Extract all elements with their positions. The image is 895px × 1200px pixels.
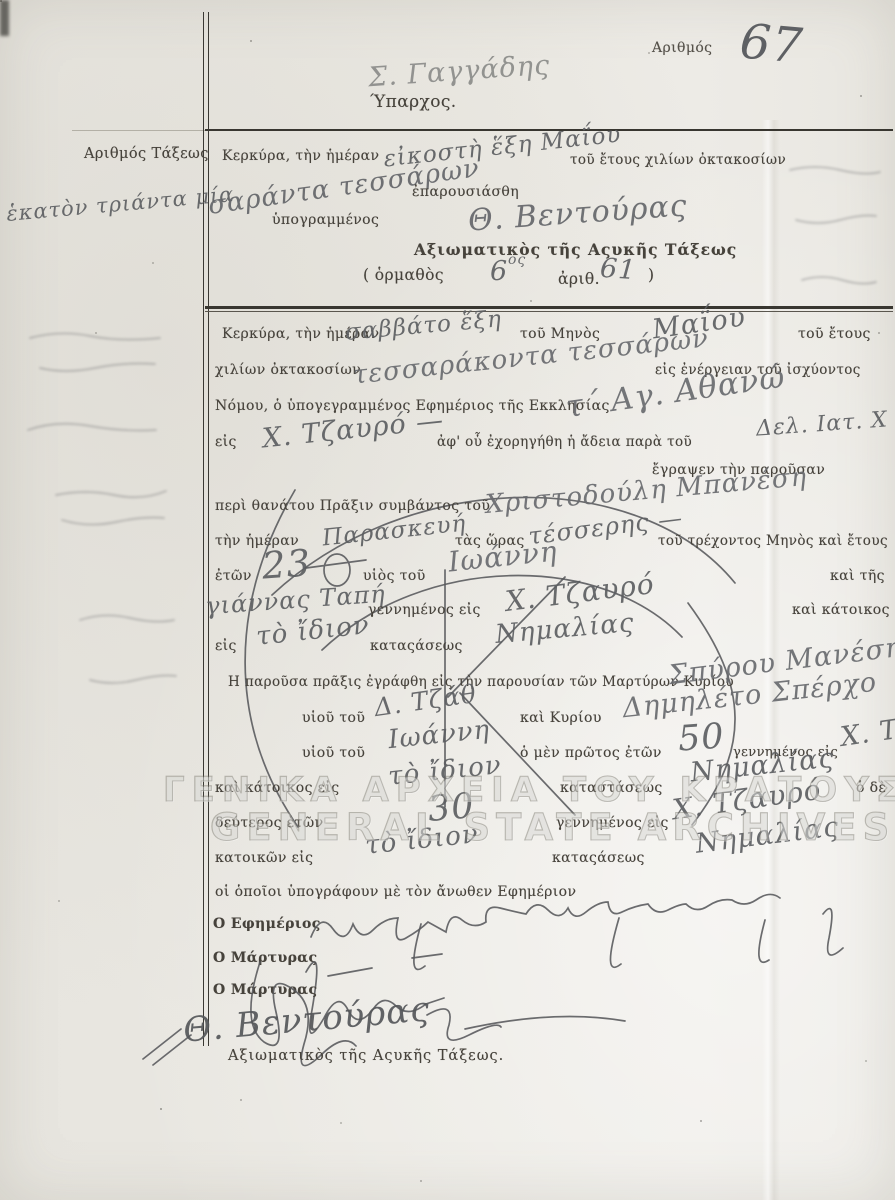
presentation-year-label: τοῦ ἔτους χιλίων ὀκτακοσίων [570, 152, 786, 168]
archive-number-label: Αριθμός [652, 40, 712, 56]
order-number-value: ἑκατὸν τριάντα μία [5, 182, 235, 226]
officer-title-top: Αξιωματικὸς τῆς Αςυκῆς Τάξεως [414, 240, 737, 259]
corner-stain [0, 0, 9, 36]
act-born-at-label: γεννημένος εἰς [368, 602, 481, 618]
header-rule-faint-left [72, 130, 205, 131]
witness1-son-label: υἱοῦ τοῦ [302, 710, 365, 726]
bleed-through-marks [10, 320, 195, 740]
presentation-place-date-label: Κερκύρα, τὴν ἡμέραν [222, 148, 379, 164]
undersigned-label: ὑπογραμμένος [272, 212, 379, 228]
act-license-label: ἀφ' οὗ ἐχορηγήθη ἡ ἄδεια παρὰ τοῦ [437, 434, 692, 450]
bundle-number-value: 6 [490, 256, 508, 287]
act-year-label: τοῦ ἔτους [798, 326, 871, 342]
watermark-english-line: GENERAL STATE ARCHIVES [210, 806, 895, 849]
act-number-value: 61 [599, 253, 637, 286]
margin-divider-rule [203, 12, 209, 1046]
act-year-thousands-label: χιλίων ὀκτακοσίων [215, 362, 361, 378]
act-current-month-label: τοῦ τρέχοντος Μηνὸς καὶ ἔτους [658, 533, 888, 549]
scanned-document-page: Αριθμός 67 Σ. Γαγγάδης Ύπαρχος. Αριθμός … [0, 0, 895, 1200]
act-age-label: ἐτῶν [215, 568, 252, 584]
prefect-title: Ύπαρχος. [370, 92, 457, 112]
presented-label: ἐπαρουσιάσθη [412, 184, 519, 200]
bundle-open-label: ( ὁρμαθὸς [363, 266, 444, 284]
section-rule-bottom [205, 311, 893, 312]
act-status-label: καταςάσεως [370, 638, 463, 654]
second-witness-status-label: καταςάσεως [552, 850, 645, 866]
act-number-label: ἀριθ. [558, 270, 600, 288]
act-and-of-label: καὶ τῆς [830, 568, 885, 584]
first-witness-age-value: 50 [677, 716, 726, 759]
second-witness-residing-label: κατοικῶν εἰς [215, 850, 313, 866]
officer-title-bottom: Αξιωματικὸς τῆς Αςυκῆς Τάξεως. [228, 1048, 504, 1064]
archive-number-value: 67 [738, 13, 806, 74]
witness-intro-label: Η παροῦσα πρᾶξις ἐγράφθη εἰς τὴν παρουσί… [228, 674, 734, 690]
section-rule-top [205, 306, 893, 309]
witness2-son-label: υἱοῦ τοῦ [302, 745, 365, 761]
act-at-label: εἰς [215, 434, 237, 450]
bundle-close-label: ) [648, 266, 654, 284]
and-mister-label: καὶ Κυρίου [520, 710, 602, 726]
prefect-signature: Σ. Γαγγάδης [367, 50, 551, 94]
bleed-through-marks-right [780, 150, 890, 350]
order-number-label: Αριθμός Τάξεως [84, 146, 209, 162]
paper-specks [0, 0, 2, 2]
watermark-greek-line: ΓΕΝΙΚΑ ΑΡΧΕΙΑ ΤΟΥ ΚΡΑΤΟΥΣ [163, 770, 895, 810]
first-witness-birthplace: Χ. Τζαυρό [839, 702, 895, 753]
act-resident-label: καὶ κάτοικος [792, 602, 890, 618]
first-witness-age-label: ὁ μὲν πρῶτος ἐτῶν [520, 745, 662, 761]
bundle-number-suffix: ος [508, 252, 526, 268]
act-at-label-2: εἰς [215, 638, 237, 654]
